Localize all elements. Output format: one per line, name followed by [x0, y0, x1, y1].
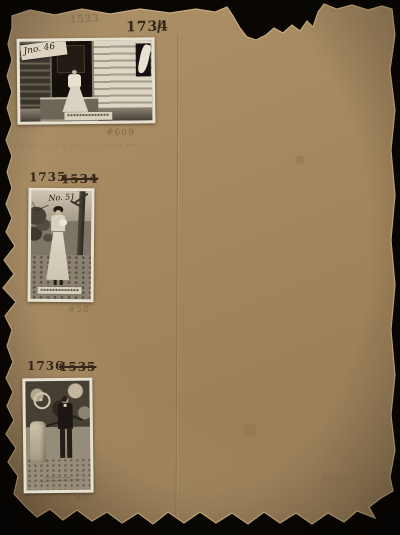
white-curtain	[137, 44, 152, 74]
wagon-wheel-shape	[33, 392, 50, 409]
pencil-number-2: #58	[68, 305, 90, 315]
pencil-number-3: #5	[74, 494, 89, 504]
standing-man-figure	[55, 396, 76, 462]
screenshot-canvas: { "page": { "paper_color": "#a68a60", "b…	[0, 0, 400, 535]
photo-porch-woman: Jno. 46	[17, 37, 156, 124]
photo-3-scene	[25, 381, 90, 491]
stamp-old-number-1: 1533	[70, 13, 100, 25]
figure-feet	[54, 280, 57, 285]
seated-woman-figure	[62, 66, 89, 114]
photo-woman-with-cat: No. 51	[28, 188, 95, 303]
figure-skirt	[62, 86, 88, 112]
white-cat-bundle	[59, 219, 67, 226]
caption-illegible-text-1	[67, 114, 109, 116]
photo-1-scene: Jno. 46	[20, 40, 153, 121]
stamp-old-number-3-struck: 1535	[59, 360, 96, 374]
caption-strip-1	[64, 112, 112, 121]
pencil-number-1: #609	[106, 128, 135, 138]
figure-long-skirt	[46, 232, 70, 280]
caption-strip-2	[38, 287, 82, 294]
house-window	[136, 43, 151, 76]
handwriting-text-1: Jno. 46	[23, 41, 67, 57]
photo-man-in-suit	[22, 378, 93, 494]
stamp-old-number-2-struck: 1534	[61, 172, 99, 187]
stone-post	[30, 421, 46, 462]
handwriting-text-2: No. 51	[48, 192, 75, 203]
stamp-number-1: 1734	[126, 19, 169, 36]
figure-collar	[64, 404, 67, 407]
figure-legs	[60, 429, 65, 458]
standing-woman-figure	[44, 206, 73, 292]
photo-2-scene: No. 51	[31, 191, 92, 300]
figure-blouse	[68, 74, 81, 88]
page-number-pencil: Page 12	[322, 473, 365, 484]
caption-illegible-text-2	[41, 289, 79, 291]
